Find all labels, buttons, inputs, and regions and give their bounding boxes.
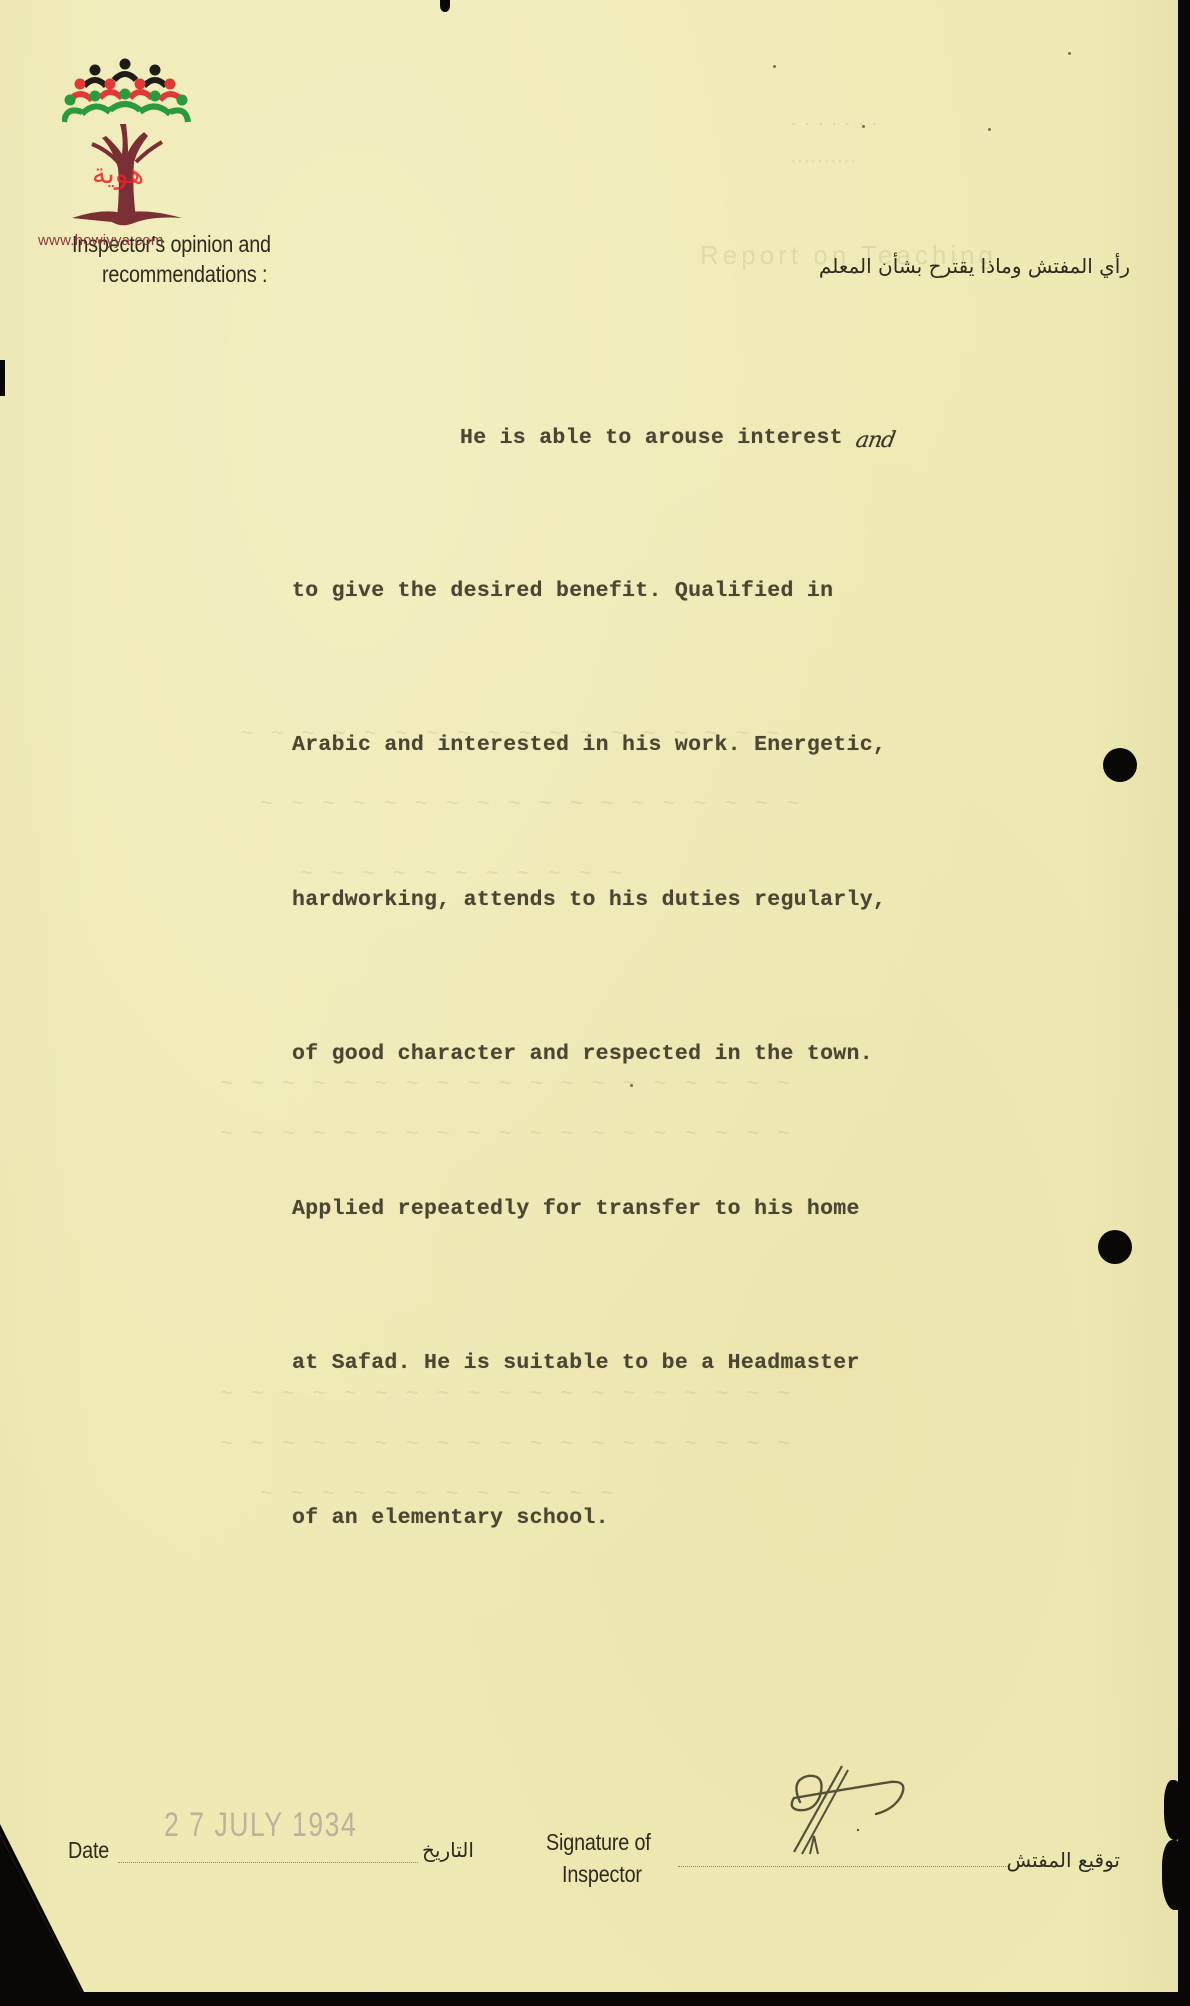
inspector-signature (780, 1762, 930, 1862)
date-label-arabic: التاريخ (422, 1836, 474, 1864)
opinion-label-line2: recommendations : (102, 260, 267, 288)
remarks-line: Applied repeatedly for transfer to his h… (292, 1184, 992, 1236)
paper-speck (1068, 52, 1071, 55)
inspector-remarks: He is able to arouse interest and to giv… (292, 308, 992, 1647)
torn-edge (0, 360, 5, 396)
remarks-line: at Safad. He is suitable to be a Headmas… (292, 1338, 992, 1390)
torn-edge (440, 0, 450, 12)
paper-speck (988, 128, 991, 131)
signature-label-line2: Inspector (562, 1860, 642, 1888)
remarks-line: to give the desired benefit. Qualified i… (292, 566, 992, 618)
document-page: · · · · · · · ·········· Report on Teach… (0, 0, 1180, 1994)
remarks-line: of good character and respected in the t… (292, 1029, 992, 1081)
signature-label-line1: Signature of (546, 1828, 651, 1856)
scan-shadow-corner (0, 1824, 85, 1994)
signature-line (678, 1866, 1008, 1867)
date-stamp: 2 7 JULY 1934 (164, 1806, 357, 1845)
opinion-label-arabic: رأي المفتش وماذا يقترح بشأن المعلم (819, 252, 1130, 280)
svg-text:هوية: هوية (92, 157, 144, 190)
bleed-through-text: · · · · · · · (790, 110, 878, 136)
signature-label-arabic: توقيع المفتش (1007, 1846, 1120, 1874)
punch-hole (1103, 748, 1137, 782)
remarks-line: of an elementary school. (292, 1493, 992, 1545)
paper-speck (862, 125, 865, 128)
remarks-line: He is able to arouse interest and (292, 411, 992, 463)
paper-speck (773, 65, 776, 68)
tree-with-people-logo: هوية (62, 58, 192, 228)
remarks-line: Arabic and interested in his work. Energ… (292, 720, 992, 772)
date-line (118, 1862, 418, 1863)
scan-edge-right (1178, 0, 1190, 2006)
bleed-through-text: ·········· (790, 150, 857, 173)
watermark-url[interactable]: www.howiyya.com (38, 232, 164, 249)
handwritten-insert: and (852, 415, 899, 467)
remarks-line: hardworking, attends to his duties regul… (292, 875, 992, 927)
scan-edge-bottom (0, 1992, 1190, 2006)
punch-hole (1098, 1230, 1132, 1264)
